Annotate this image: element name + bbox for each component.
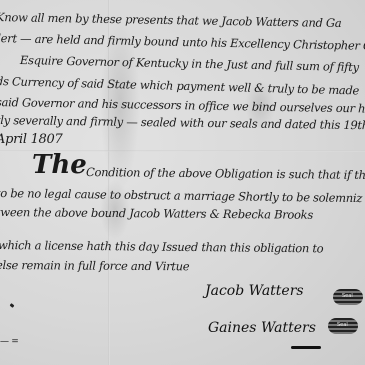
ink-flourish-mark — [291, 346, 321, 349]
bond-date-line: April 1807 — [0, 132, 62, 147]
seal-1: Seal — [333, 289, 363, 305]
seal-2: Seal — [328, 318, 358, 334]
signature-jacob-watters: Jacob Watters — [205, 283, 304, 299]
condition-line-5: else remain in full force and Virtue — [0, 258, 189, 273]
document-page: Know all men by these presents that we J… — [0, 0, 365, 365]
bond-line-3: Esquire Governor of Kentucky in the Just… — [20, 53, 359, 74]
condition-line-4: which a license hath this day Issued tha… — [0, 238, 323, 255]
margin-mark: — = — [0, 337, 19, 347]
ink-spot — [10, 303, 15, 308]
condition-line-2: to be no legal cause to obstruct a marri… — [0, 186, 362, 205]
signature-gaines-watters: Gaines Watters — [208, 320, 316, 336]
condition-heading: The — [32, 150, 87, 180]
condition-line-3: tween the above bound Jacob Watters & Re… — [0, 205, 313, 222]
bond-line-2: llert — are held and firmly bound unto h… — [0, 31, 365, 53]
bond-line-1: Know all men by these presents that we J… — [0, 10, 342, 30]
bond-line-4: ds Currency of said State which payment … — [0, 74, 359, 98]
condition-line-1: Condition of the above Obligation is suc… — [86, 165, 365, 182]
bond-line-6: tly severally and firmly — sealed with o… — [0, 113, 365, 132]
